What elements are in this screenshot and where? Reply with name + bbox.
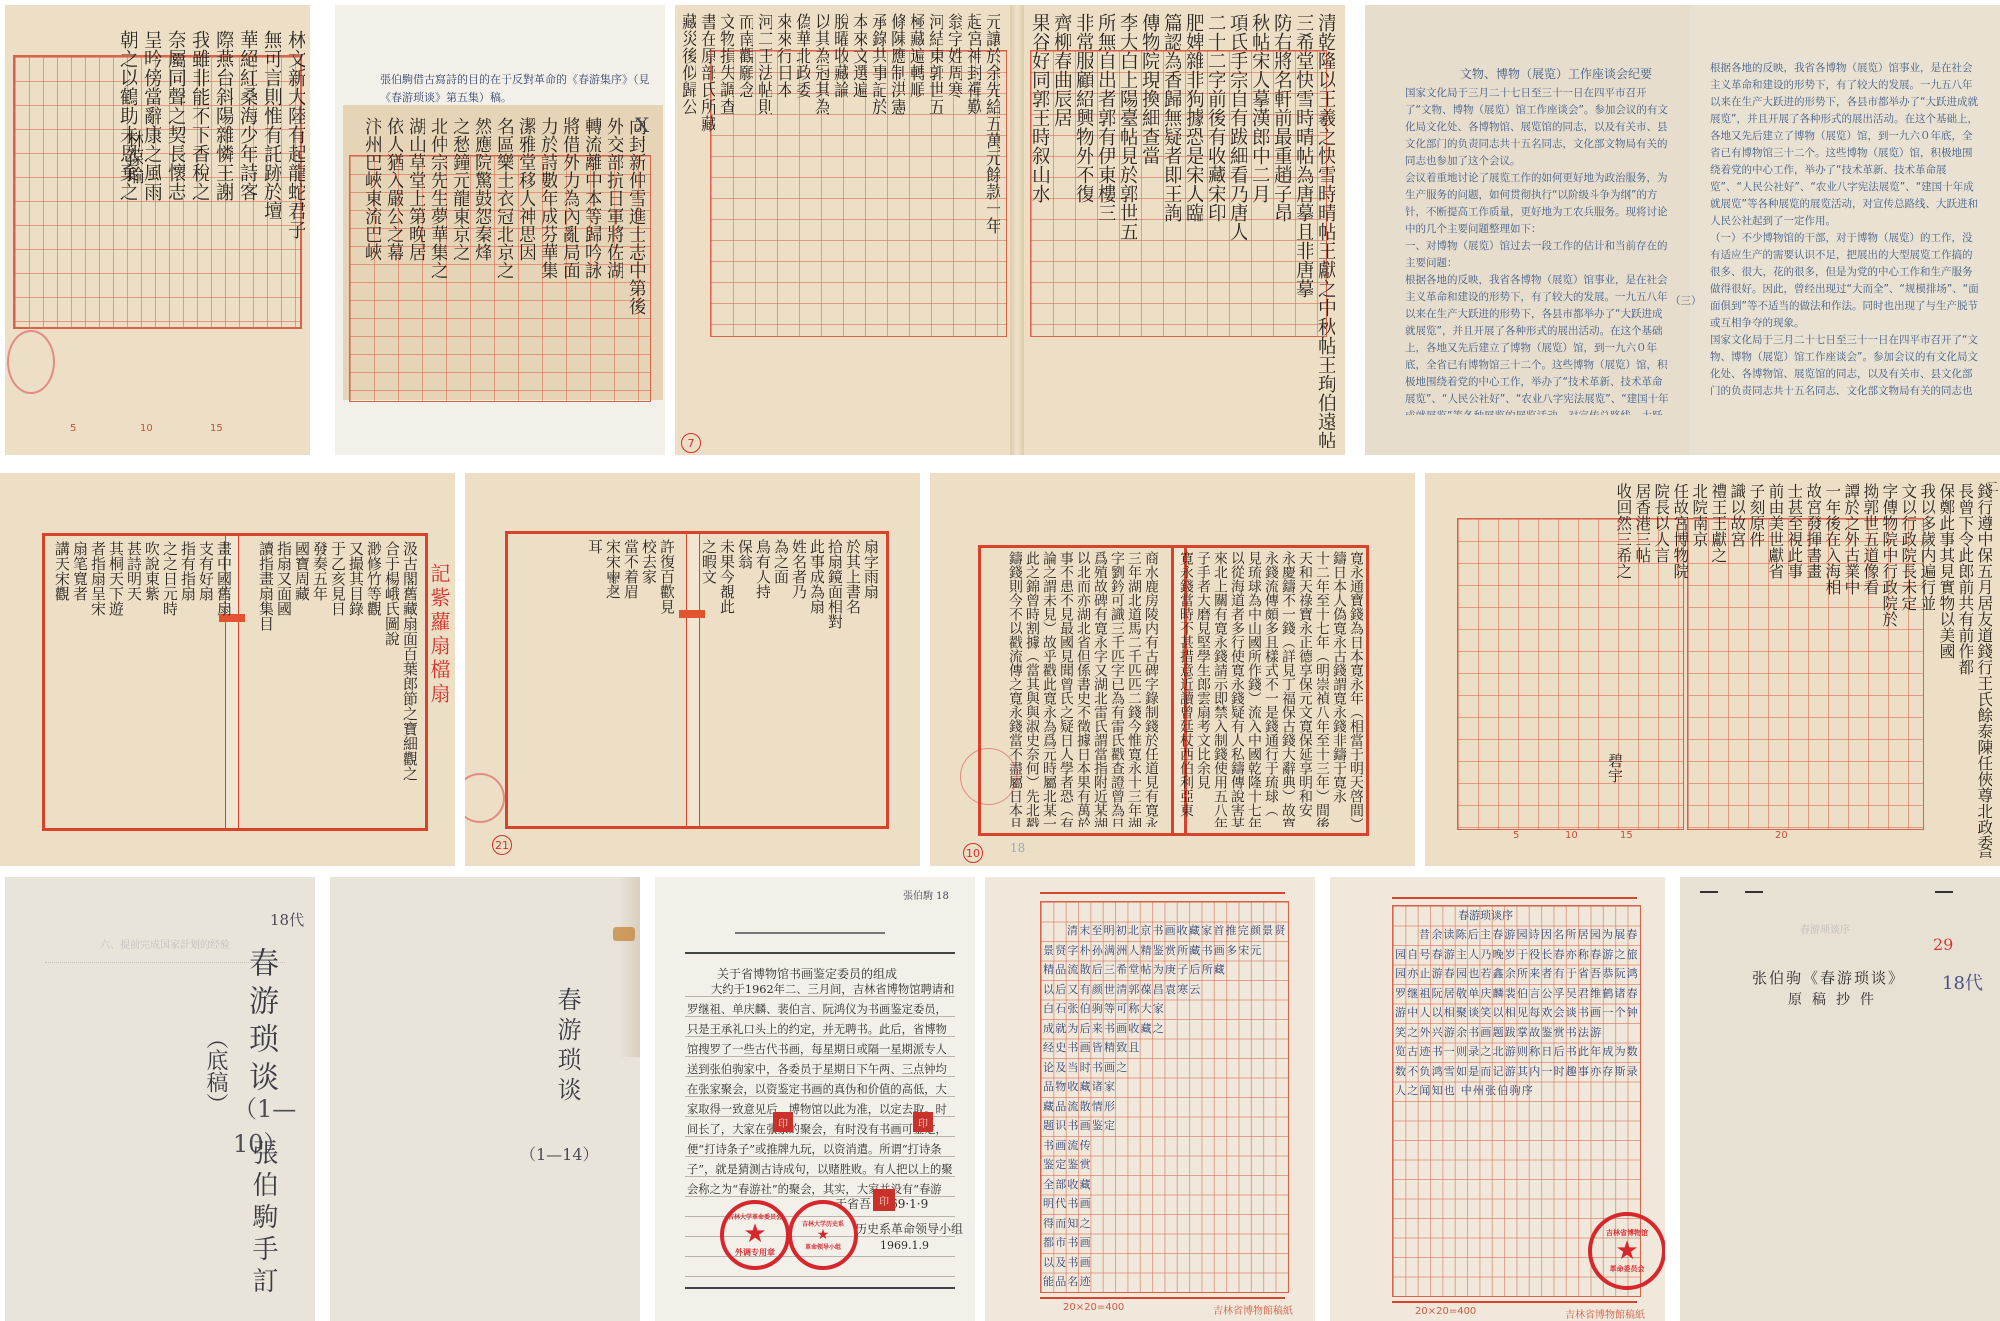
cover-author: 張伯駒手訂: [245, 1139, 282, 1299]
text-columns: 汲古閣舊藏扇面百葉郎節之寶細觀之 合于楊峨氏圖說 渺修竹等觀 又撮其目錄 于乙亥…: [51, 541, 417, 821]
text-columns: 扇字雨扇 於其上書名 拾扇鏡面相對 此事成為扇 姓名者乃 為之面 鳥有人持 保翁…: [584, 539, 878, 819]
rule: [685, 952, 955, 954]
star-icon: ★: [817, 1228, 830, 1242]
grid-number: 5: [70, 423, 76, 434]
manuscript-page-10: 春游琐谈 （1—14）: [330, 877, 640, 1321]
volume-range: （1—14）: [520, 1142, 599, 1165]
grid-number: 10: [1565, 830, 1578, 841]
manuscript-page-2: 張伯駒借古寫詩的目的在于反對革命的《春游集序》（見 《春游琐谈》第五集）稿。 向…: [335, 5, 665, 455]
grid-number: 20: [1775, 830, 1788, 841]
manuscript-page-1: 林文新大陸有起龍蛇君子 無可言則惟有託跡於壇 華絕紅桑海少年詩客 際燕台斜陽雜憐…: [5, 5, 310, 455]
text-columns: 向封新仲雪進士志中第後 外交部抗日軍將佐湖 轉流離中本等歸吟詠 將借外力為內亂局…: [359, 117, 645, 392]
text-columns: 錢行遵中保五月居友道錢行王氏餘泰陳任俠尊北政委員會委員 長曾下令此郎前共有前作都…: [1612, 483, 1992, 858]
manuscript-page-4: 文物、博物（展览）工作座谈会纪要 国家文化局于三月二十七日至三十一日在四平市召开…: [1365, 5, 2000, 455]
annotation-line-1: 張伯駒借古寫詩的目的在于反對革命的《春游集序》（見: [380, 71, 650, 87]
top-tab-mark: [1700, 891, 1718, 893]
text-columns: 寛永通寶錢為日本寛永年（相當于明天啓間） 鑄日本人偽寛永古錢謂寛永錢非鑄于寛永 …: [1005, 551, 1363, 827]
text-columns-left: 元讓於余先給五萬元餘款一年 起宮神封禪歎 翁字姓周寒 河結東郭世五 極藏遍轉順 …: [677, 13, 1000, 448]
grid-spec: 20×20=400: [1063, 1302, 1124, 1313]
text-columns: 林文新大陸有起龍蛇君子 無可言則惟有託跡於壇 華絕紅桑海少年詩客 際燕台斜陽雜憐…: [113, 30, 305, 440]
corner-note: 張伯駒 18: [903, 887, 949, 902]
sign-off-date: 1969.1.9: [880, 1239, 929, 1252]
official-stamp: 吉林省博物馆 ★ 革命委员会: [1588, 1212, 1665, 1290]
cover-title: 春游琐谈: [550, 987, 585, 1107]
text-columns-right: 清乾隆以王羲之快雪時晴帖王獻之中秋帖王珣伯遠帖名 三希堂快雪時晴帖為唐摹且非唐摹…: [1027, 13, 1335, 448]
annotation-line-2: 《春游琐谈》第五集）稿。: [380, 89, 512, 105]
clipping: 向封新仲雪進士志中第後 外交部抗日軍將佐湖 轉流離中本等歸吟詠 將借外力為內亂局…: [343, 105, 663, 400]
rule: [685, 1287, 955, 1289]
cover-subtitle: 原稿抄件: [1788, 989, 1884, 1009]
grid-number: 5: [1513, 830, 1519, 841]
rust-stain: [613, 927, 635, 941]
pencil-number: 18: [1010, 841, 1025, 855]
signature: 碧宇: [1607, 753, 1622, 793]
torn-edge: [618, 877, 640, 1057]
red-circled-number: 29: [1933, 935, 1953, 954]
document-title: 文物、博物（展览）工作座谈会纪要: [1460, 65, 1652, 82]
official-stamp-1: 吉林大学革命委员会 ★ 外调专用章: [720, 1200, 790, 1270]
page-header-mark: 二: [1985, 477, 1999, 497]
personal-seal: 印: [773, 1112, 793, 1132]
preface-title: 春游琐谈序: [1458, 907, 1513, 923]
top-rule: [1392, 897, 1637, 899]
top-rule: [1040, 892, 1285, 894]
corner-number: 18代: [270, 909, 304, 930]
top-tab-mark: [1745, 891, 1763, 893]
typed-body: 国家文化局于三月二十七日至三十一日在四平市召开了“文物、博物（展览）馆工作座谈会…: [1405, 85, 1670, 415]
center-fold: [1010, 5, 1024, 455]
text-lines: 昔余读陈后主春游园诗因名所居园为展春园 园自号春游主人乃晚岁于役长春亦称春游之旅…: [1395, 925, 1637, 1101]
manuscript-page-14: 春游琐谈序 张伯驹《春游琐谈》 原稿抄件 18代 29: [1680, 877, 2000, 1321]
cover-subtitle: （底稿）: [200, 1027, 231, 1115]
manuscript-page-8: 錢行遵中保五月居友道錢行王氏餘泰陳任俠尊北政委員會委員 長曾下令此郎前共有前作都…: [1425, 473, 2000, 866]
grid-number: 15: [1620, 830, 1633, 841]
manuscript-page-3: 清乾隆以王羲之快雪時晴帖王獻之中秋帖王珣伯遠帖名 三希堂快雪時晴帖為唐摹且非唐摹…: [675, 5, 1345, 455]
manuscript-page-5: 汲古閣舊藏扇面百葉郎節之寶細觀之 合于楊峨氏圖說 渺修竹等觀 又撮其目錄 于乙亥…: [0, 473, 455, 866]
star-icon: ★: [743, 1221, 766, 1247]
letter-body: 大约于1962年二、三月间，吉林省博物馆聘请和罗继祖、单庆麟、裴伯言、阮鸿仪为书…: [687, 980, 955, 1200]
manuscript-page-6: 扇字雨扇 於其上書名 拾扇鏡面相對 此事成為扇 姓名者乃 為之面 鳥有人持 保翁…: [465, 473, 920, 866]
top-tab-mark: [1935, 891, 1953, 893]
rule: [735, 932, 885, 934]
signature: 餘叔: [608, 573, 619, 613]
paper-maker: 吉林省博物館稿紙: [1565, 1306, 1645, 1321]
faded-stamp: [960, 748, 1017, 805]
page-number: 21: [492, 835, 512, 855]
grid-number: 10: [140, 423, 153, 434]
corner-number: 18代: [1942, 969, 1983, 995]
star-icon: ★: [1615, 1238, 1638, 1264]
text-lines: 清末至明初北京书画收藏家首推完颜景贤 景贤字朴孙满洲人精鉴赏所藏书画多宋元 精品…: [1043, 921, 1285, 1292]
page-number: 10: [963, 843, 983, 863]
page-number: 7: [681, 433, 701, 453]
signature: 林葆瑜: [125, 130, 143, 190]
margin-mark: （三）: [1670, 293, 1702, 310]
faded-stamp: [7, 330, 55, 394]
x-mark: X: [635, 113, 649, 137]
cover-title: 春游琐谈: [238, 947, 282, 1099]
manuscript-page-13: 春游琐谈序 昔余读陈后主春游园诗因名所居园为展春园 园自号春游主人乃晚岁于役长春…: [1330, 877, 1665, 1321]
sign-off: 历史系革命领导小组: [855, 1220, 963, 1237]
manuscript-page-11: 張伯駒 18 关于省博物馆书画鉴定委员的组成 大约于1962年二、三月间，吉林省…: [655, 877, 975, 1321]
cover-title: 张伯驹《春游琐谈》: [1752, 967, 1905, 988]
bottom-rule: [1040, 1297, 1285, 1299]
typed-body-continued: 根据各地的反映，我省各博物（展览）馆事业，是在社会主义革命和建设的形势下，有了较…: [1710, 60, 1980, 395]
personal-seal: 印: [913, 1112, 933, 1132]
margin-title-note: 記紫蘿扇檔扇: [425, 563, 454, 707]
faded-stamp: [465, 773, 505, 823]
personal-seal: 印: [873, 1189, 895, 1211]
grid-spec: 20×20=400: [1415, 1306, 1476, 1317]
manuscript-page-9: 六、提前完成国家計划的经验 18代 春游琐谈 （底稿） （1—10） 張伯駒手訂: [5, 877, 315, 1321]
paper-maker: 吉林省博物館稿紙: [1213, 1302, 1293, 1317]
manuscript-page-12: 清末至明初北京书画收藏家首推完颜景贤 景贤字朴孙满洲人精鉴赏所藏书画多宋元 精品…: [985, 877, 1315, 1321]
grid-number: 15: [210, 423, 223, 434]
bottom-rule: [1392, 1301, 1637, 1303]
manuscript-page-7: 寛永通寶錢為日本寛永年（相當于明天啓間） 鑄日本人偽寛永古錢謂寛永錢非鑄于寛永 …: [930, 473, 1415, 866]
official-stamp-2: 吉林大学历史系 ★ 革命领导小组: [788, 1200, 858, 1270]
